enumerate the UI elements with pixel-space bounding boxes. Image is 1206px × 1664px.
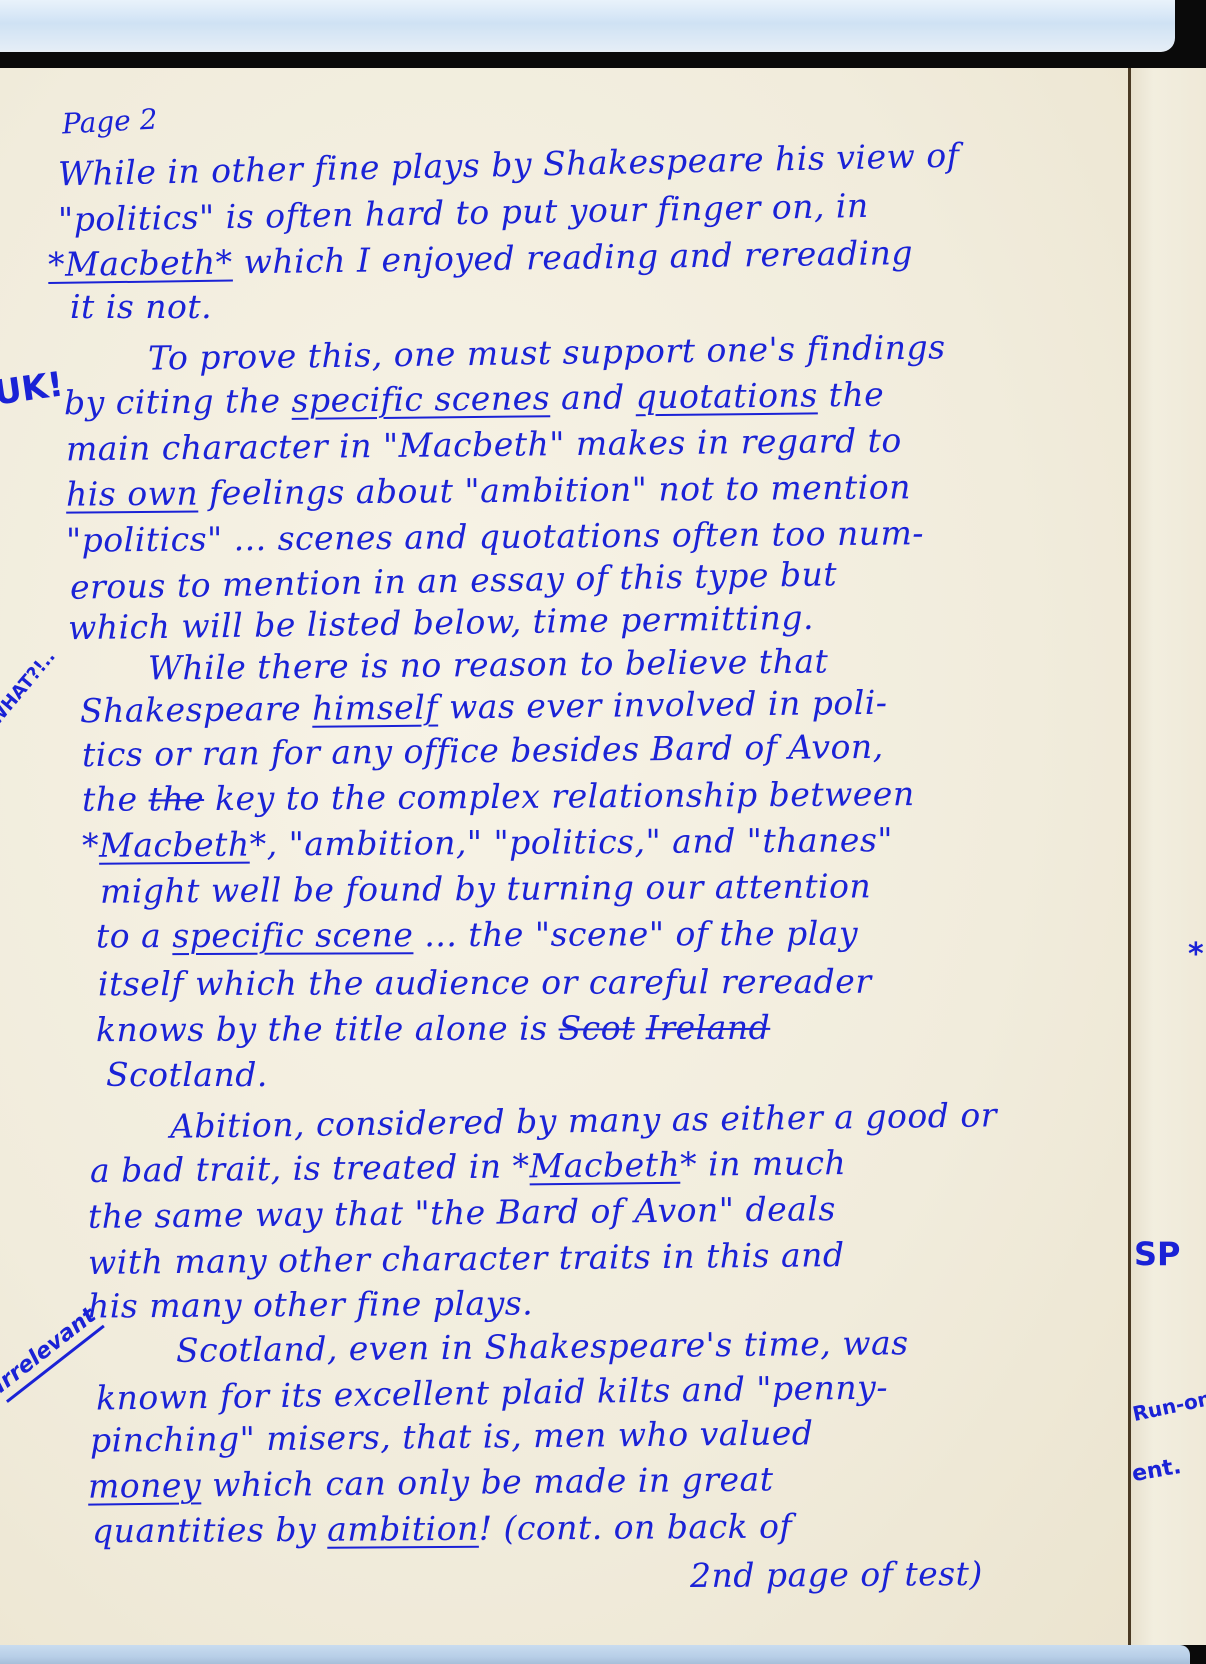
essay-line: main character in "Macbeth" makes in reg…	[66, 424, 902, 466]
essay-line: knows by the title alone is Scot Ireland	[96, 1011, 770, 1046]
essay-line: a bad trait, is treated in *Macbeth* in …	[90, 1146, 847, 1187]
scanner-lid-top	[0, 0, 1175, 52]
essay-line: itself which the audience or careful rer…	[98, 965, 872, 1001]
margin-note-asterisk: *	[1188, 940, 1204, 970]
scanner-lid-bottom	[0, 1645, 1190, 1664]
essay-line: to a specific scene ... the "scene" of t…	[96, 917, 858, 953]
essay-line: "politics" ... scenes and quotations oft…	[66, 516, 924, 556]
essay-line: known for its excellent plaid kilts and …	[96, 1370, 888, 1414]
essay-line: quantities by ambition! (cont. on back o…	[92, 1510, 792, 1548]
essay-line: pinching" misers, that is, men who value…	[90, 1416, 814, 1457]
essay-line: it is not.	[70, 290, 212, 323]
crossed-out-word: Scot	[559, 1008, 635, 1047]
essay-line: To prove this, one must support one's fi…	[148, 330, 946, 374]
crossed-out-word: the	[148, 779, 204, 818]
essay-line: Scotland.	[106, 1058, 268, 1091]
margin-note-uk: UK!	[0, 367, 65, 410]
essay-line: his many other fine plays.	[88, 1286, 533, 1322]
underlined-title: *Macbeth*	[48, 242, 233, 284]
essay-line: might well be found by turning our atten…	[100, 869, 871, 907]
essay-line: Scotland, even in Shakespeare's time, wa…	[176, 1326, 909, 1367]
essay-line: with many other character traits in this…	[88, 1238, 845, 1279]
essay-line: by citing the specific scenes and quotat…	[64, 378, 885, 420]
essay-line: 2nd page of test)	[690, 1557, 983, 1592]
essay-line: the the key to the complex relationship …	[82, 777, 915, 816]
essay-line: Shakespeare himself was ever involved in…	[80, 686, 888, 727]
essay-line: his own feelings about "ambition" not to…	[66, 470, 911, 510]
page-label: Page 2	[61, 106, 158, 139]
essay-line: money which can only be made in great	[88, 1462, 774, 1502]
margin-note-spelling: SP	[1134, 1238, 1181, 1270]
crossed-out-word: Ireland	[646, 1008, 771, 1047]
essay-line: which will be listed below, time permitt…	[68, 601, 814, 644]
essay-line: *Macbeth*, "ambition," "politics," and "…	[82, 823, 893, 862]
essay-line: While there is no reason to believe that	[148, 644, 829, 684]
essay-line: the same way that "the Bard of Avon" dea…	[88, 1192, 836, 1233]
essay-line: tics or ran for any office besides Bard …	[82, 730, 884, 771]
